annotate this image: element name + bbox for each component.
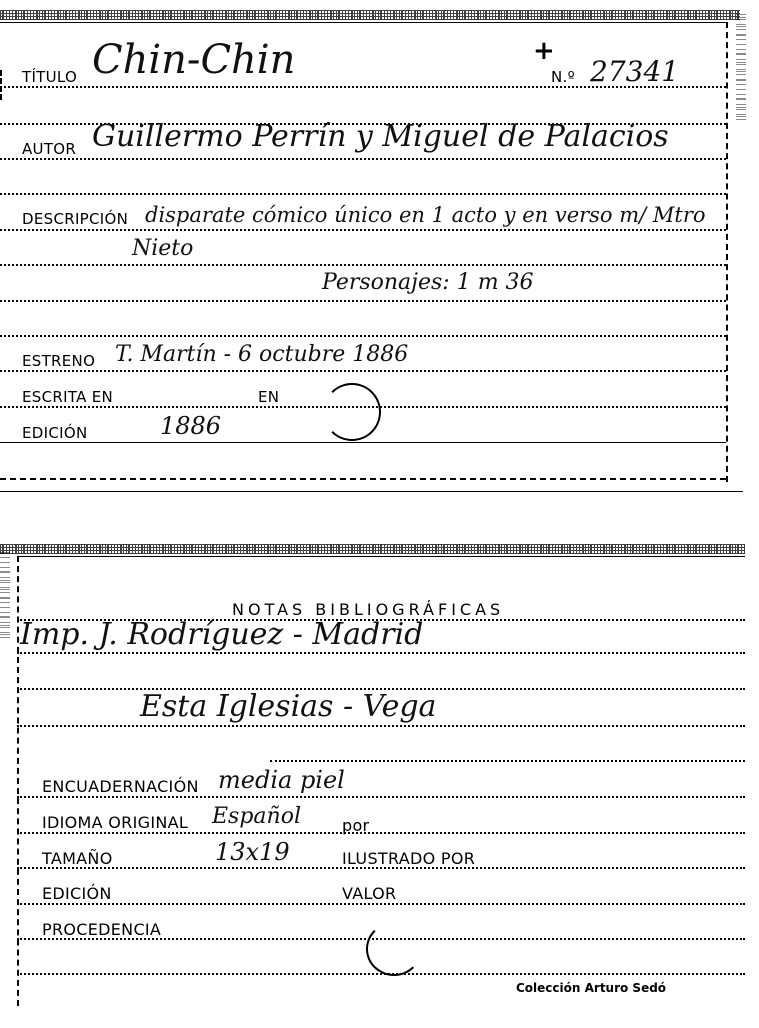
rule — [0, 335, 726, 337]
rule — [17, 725, 745, 727]
valor-label: VALOR — [342, 886, 396, 902]
note-line-1: Imp. J. Rodríguez - Madrid — [20, 620, 423, 650]
rule — [17, 903, 745, 905]
card-left-edge — [0, 548, 10, 638]
procedencia-label: PROCEDENCIA — [42, 922, 161, 938]
escrita-en-label: ESCRITA EN — [22, 390, 113, 405]
rule — [17, 796, 745, 798]
card-top-border — [17, 556, 745, 557]
notas-heading: NOTAS BIBLIOGRÁFICAS — [232, 602, 504, 618]
rule — [17, 973, 745, 975]
estreno-label: ESTRENO — [22, 354, 95, 369]
tamano-value: 13x19 — [215, 840, 290, 864]
rule — [0, 158, 726, 160]
card-right-border — [726, 22, 728, 482]
stamp-circle — [366, 922, 422, 976]
card-right-edge — [736, 10, 746, 120]
en-label: EN — [258, 390, 279, 405]
descripcion-line-1: disparate cómico único en 1 acto y en ve… — [145, 205, 706, 226]
numero-label: N.º — [551, 70, 575, 85]
idioma-original-label: IDIOMA ORIGINAL — [42, 815, 188, 831]
rule — [270, 760, 745, 762]
estreno-value: T. Martín - 6 octubre 1886 — [115, 344, 408, 366]
descripcion-line-3: Personajes: 1 m 36 — [322, 272, 534, 294]
note-line-2: Esta Iglesias - Vega — [140, 692, 436, 722]
rule — [17, 652, 745, 654]
card-left-border — [0, 70, 2, 100]
autor-label: AUTOR — [22, 142, 76, 157]
encuadernacion-label: ENCUADERNACIÓN — [42, 779, 199, 795]
rule — [0, 300, 726, 302]
rule — [17, 832, 745, 834]
collection-credit: Colección Arturo Sedó — [516, 981, 666, 995]
rule — [0, 370, 726, 372]
card-top-edge — [0, 10, 740, 20]
idioma-original-value: Español — [212, 806, 301, 828]
stamp-circle — [323, 383, 381, 441]
edicion-back-label: EDICIÓN — [42, 886, 112, 902]
card-bottom-edge — [0, 491, 743, 492]
descripcion-line-2: Nieto — [132, 238, 193, 260]
titulo-value: Chin-Chin — [92, 40, 295, 80]
card-top-border — [0, 22, 727, 23]
rule — [0, 442, 726, 443]
ilustrado-por-label: ILUSTRADO POR — [342, 851, 475, 867]
rule — [0, 264, 726, 266]
por-label: por — [342, 818, 369, 834]
titulo-label: TÍTULO — [22, 70, 77, 85]
rule — [0, 193, 726, 195]
numero-value: 27341 — [590, 58, 679, 86]
edicion-value: 1886 — [160, 414, 221, 438]
cross-mark: + — [533, 38, 555, 64]
card-top-edge — [0, 544, 745, 554]
descripcion-label: DESCRIPCIÓN — [22, 212, 128, 227]
rule — [0, 229, 726, 231]
edicion-label: EDICIÓN — [22, 426, 87, 441]
tamano-label: TAMAÑO — [42, 851, 113, 867]
encuadernacion-value: media piel — [218, 768, 345, 792]
autor-value: Guillermo Perrín y Miguel de Palacios — [92, 122, 669, 152]
rule — [0, 478, 726, 480]
